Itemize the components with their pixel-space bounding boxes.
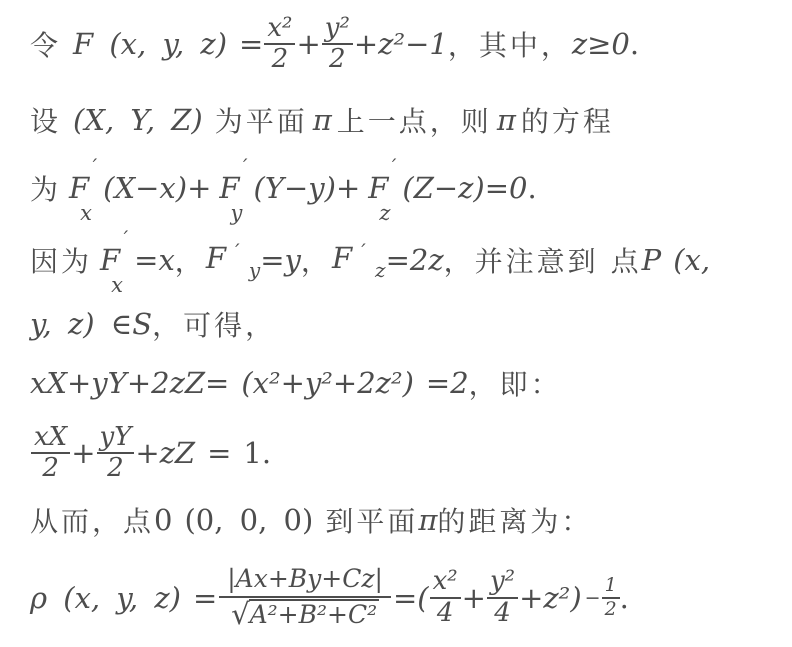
pi-symbol: π: [418, 503, 437, 537]
line-7: xX 2 + yY 2 +zZ = 1 .: [0, 414, 792, 492]
subscript-x: x: [80, 201, 92, 225]
partial-derivative-Fy: F ′ y: [206, 239, 260, 282]
plus-sign: +: [462, 581, 486, 615]
subscript-y: y: [249, 258, 260, 282]
fraction-y2-over-4: y² 4: [487, 567, 518, 627]
line4-eq2: =y: [260, 243, 301, 277]
comma: ，: [301, 240, 332, 280]
fraction-denominator: 2: [269, 45, 292, 74]
line9-tail: +z²): [519, 581, 582, 615]
partial-derivative-Fz: F ′ z: [332, 239, 386, 282]
line8-to-text: 到平面: [325, 500, 418, 540]
line6-right-expression: =2: [426, 366, 469, 400]
line2-lead-text: 设: [30, 100, 61, 140]
pi-symbol: π: [313, 103, 332, 137]
line5-tail-text: ，可得，: [152, 304, 276, 344]
line1-math-tail: +z²−1: [354, 27, 448, 61]
fraction-denominator: 2: [605, 599, 617, 620]
line2-coords: (X, Y, Z): [73, 103, 203, 137]
line-5: y, z) ∈S ，可得，: [0, 296, 792, 352]
line7-result: 1: [243, 436, 261, 470]
line8-coords: (0, 0, 0): [184, 503, 313, 537]
fraction-numerator: x²: [264, 14, 295, 45]
subscript-z: z: [379, 201, 390, 225]
partial-derivative-Fz: F ′ z: [368, 171, 388, 205]
line9-eq2: =(: [393, 581, 429, 615]
subscript-z: z: [375, 258, 386, 282]
line-3: 为 F ′ x (X−x)+ F ′ y (Y−y)+ F ′ z (Z−z)=…: [0, 152, 792, 224]
line1-lead-text: 令: [30, 24, 61, 64]
radicand: A²+B²+C²: [249, 599, 380, 630]
subscript-x: x: [111, 273, 123, 297]
line5-math: y, z) ∈S: [30, 307, 152, 341]
fraction-numerator: yY: [97, 423, 135, 454]
fraction-numerator: xX: [31, 423, 70, 454]
fraction-y2-over-2: y² 2: [322, 14, 353, 74]
equals-sign: =: [193, 581, 217, 615]
F-symbol: F: [332, 241, 352, 275]
prime-mark: ′: [392, 154, 397, 178]
line2-text1: 为平面: [215, 100, 308, 140]
line1-function: F (x, y, z): [73, 27, 227, 61]
line6-tail-text: ，即：: [469, 363, 562, 403]
fraction-denominator: 4: [434, 599, 457, 628]
partial-derivative-Fx: F ′ x: [100, 243, 120, 277]
fraction-denominator: 2: [104, 454, 127, 483]
radical-sign: √: [231, 599, 249, 629]
line3-segment2: (Y−y)+: [254, 171, 361, 205]
point-P-symbol: P: [642, 243, 662, 277]
line4-note-text: 并注意到: [475, 240, 599, 280]
line1-equals: =: [239, 27, 263, 61]
line-1: 令 F (x, y, z) = x² 2 + y² 2 +z²−1 ，其中， z…: [0, 0, 792, 88]
prime-mark: ′: [243, 154, 248, 178]
line4-eq1: =x: [134, 243, 175, 277]
line8-lead-text: 从而，点: [30, 500, 154, 540]
equals-sign: =: [207, 436, 231, 470]
line4-eq3: =2z: [386, 243, 444, 277]
period: .: [528, 171, 537, 205]
subscript-y: y: [230, 201, 242, 225]
partial-derivative-Fy: F ′ y: [219, 171, 239, 205]
line-6: xX+yY+2zZ= (x²+y²+2z²) =2 ，即：: [0, 352, 792, 414]
line3-segment3: (Z−z)=0: [402, 171, 527, 205]
partial-derivative-Fx: F ′ x: [69, 171, 89, 205]
line3-segment1: (X−x)+: [103, 171, 211, 205]
F-symbol: F: [206, 241, 226, 275]
comma: ，: [444, 240, 475, 280]
fraction-numerator: |Ax+By+Cz|: [219, 565, 391, 598]
comma: ，: [175, 240, 206, 280]
fraction-numerator: 1: [602, 576, 620, 599]
period: .: [630, 27, 639, 61]
line2-text3: 的方程: [521, 100, 614, 140]
rho-function: ρ (x, y, z): [30, 581, 181, 615]
fraction-yY-over-2: yY 2: [97, 423, 135, 483]
line-9: ρ (x, y, z) = |Ax+By+Cz| √ A²+B²+C² =( x…: [0, 548, 792, 647]
line4-lead-text: 因为: [30, 240, 92, 280]
F-symbol: F: [100, 243, 120, 277]
prime-mark: ′: [124, 226, 129, 250]
exponent-negative-half: − 1 2: [585, 576, 620, 620]
origin-symbol: 0: [154, 503, 172, 537]
line-8: 从而，点 0 (0, 0, 0) 到平面 π 的距离为：: [0, 492, 792, 548]
line3-lead-text: 为: [30, 168, 61, 208]
plus-sign: +: [296, 27, 320, 61]
fraction-numerator: y²: [487, 567, 518, 598]
fraction-denominator: 2: [326, 45, 349, 74]
line6-mid-expression: (x²+y²+2z²): [241, 366, 414, 400]
line1-cjk-mid: ，其中，: [448, 24, 572, 64]
prime-mark: ′: [93, 154, 98, 178]
fraction-numerator: x²: [430, 567, 461, 598]
fraction-denominator: 2: [39, 454, 62, 483]
fraction-denominator: √ A²+B²+C²: [231, 598, 379, 630]
period: .: [262, 436, 271, 470]
F-symbol: F: [69, 171, 89, 205]
fraction-x2-over-2: x² 2: [264, 14, 295, 74]
line1-condition: z≥0: [572, 27, 630, 61]
pi-symbol: π: [497, 103, 516, 137]
fraction-xX-over-2: xX 2: [31, 423, 70, 483]
F-symbol: F: [368, 171, 388, 205]
prime-mark: ′: [361, 239, 366, 263]
plus-sign: +: [71, 436, 95, 470]
fraction-x2-over-4: x² 4: [430, 567, 461, 627]
fraction-denominator: 4: [491, 599, 514, 628]
fraction-numerator: y²: [322, 14, 353, 45]
line4-open-paren: (x,: [673, 243, 710, 277]
line2-text2: 上一点，则: [337, 100, 492, 140]
distance-fraction: |Ax+By+Cz| √ A²+B²+C²: [219, 565, 391, 630]
document-page: 令 F (x, y, z) = x² 2 + y² 2 +z²−1 ，其中， z…: [0, 0, 792, 647]
line7-tail: +zZ: [135, 436, 195, 470]
line-2: 设 (X, Y, Z) 为平面 π 上一点，则 π 的方程: [0, 88, 792, 152]
F-symbol: F: [219, 171, 239, 205]
prime-mark: ′: [235, 239, 240, 263]
exponent-fraction: 1 2: [602, 576, 620, 620]
line6-left-expression: xX+yY+2zZ=: [30, 366, 229, 400]
line4-point-text: 点: [611, 240, 642, 280]
line8-tail-text: 的距离为：: [437, 500, 592, 540]
exponent-minus: −: [585, 587, 601, 609]
line-4: 因为 F ′ x =x ， F ′ y =y ， F ′ z =2z ， 并注意…: [0, 224, 792, 296]
period: .: [620, 581, 629, 615]
